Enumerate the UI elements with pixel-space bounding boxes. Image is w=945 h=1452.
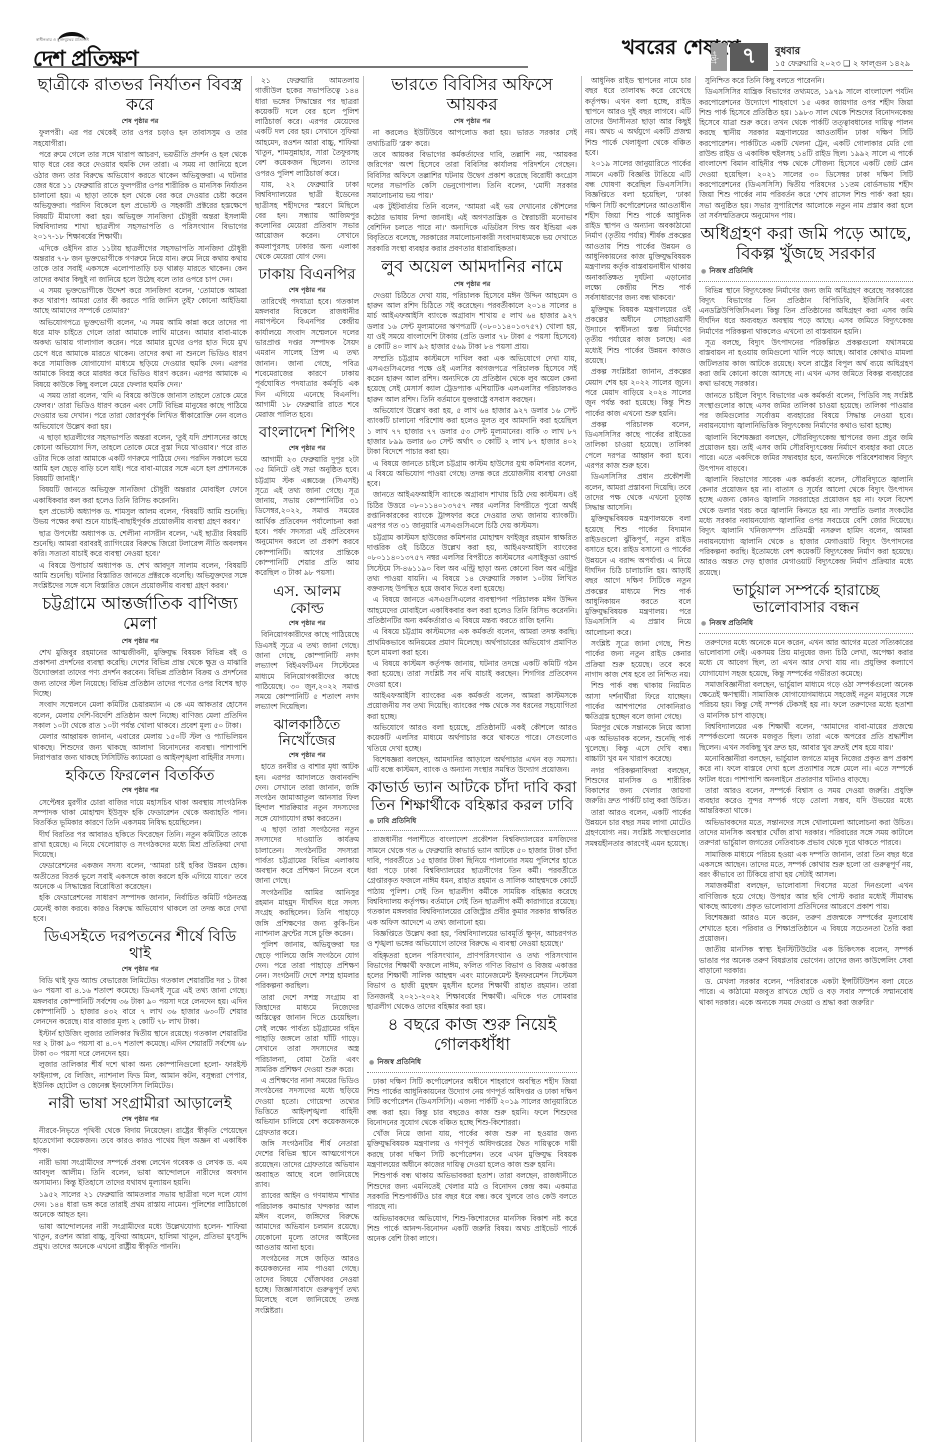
continued-label: শেষ পৃষ্ঠার পর [255, 285, 359, 295]
paragraph: তারা দেশে সশস্ত্র সংগ্রাম বা জিহাদের মাধ… [255, 993, 359, 1075]
paragraph: বিজ্ঞপ্তিতে উল্লেখ করা হয়, 'বিশ্ববিদ্যা… [367, 929, 577, 950]
paragraph: না করলেও ইউটিউবে আপলোড করা হয়। ভারত সরক… [367, 128, 577, 149]
headline-du-expels-students[interactable]: কাভার্ড ভ্যান আটকে চাঁদা দাবি করা তিন শি… [367, 779, 577, 814]
paragraph: ডিএসসিসির যান্ত্রিক বিভাগের তথ্যমতে, ১৯৭… [699, 87, 913, 221]
paragraph: আইএফআইসি ব্যাংকের এক কর্মকর্তা বলেন, আমর… [367, 691, 577, 722]
paragraph: মনোবিজ্ঞানীরা বলছেন, ভার্চুয়াল জগতে মান… [699, 754, 913, 785]
page-label: পৃষ্ঠা [711, 43, 727, 71]
column-e: সুনিশ্চিত করে তিনি কিছু বলতে পারেননি। ডি… [699, 76, 913, 1442]
paragraph: সমাজকর্মীরা বলছেন, ভালোবাসা দিবসের মতো দ… [699, 881, 913, 912]
paragraph: এ বিষয়ে জানতে চাইলে চট্টগ্রাম কাস্টম হা… [367, 459, 577, 490]
paragraph: বিভিন্ন স্থানে বিদ্যুৎকেন্দ্র নির্মাণের … [699, 286, 913, 337]
byline: নিজস্ব প্রতিনিধি [701, 618, 913, 629]
paragraph: ড. মেখলা সরকার বলেন, 'পরিবারকে একটা ইন্স… [699, 977, 913, 1008]
paragraph: সংশ্লিষ্ট সূত্রে জানা গেছে, শিশু পার্কের… [585, 639, 691, 680]
paragraph: জানতে চাইলে বিদ্যুৎ বিভাগের এক কর্মকর্তা… [699, 391, 913, 432]
paragraph: সংবাদ সম্মেলনে মেলা কমিটির চেয়ারম্যান এ… [33, 700, 247, 731]
paragraph: নগর পরিকল্পনাবিদরা বলছেন, শিশুদের মানসিক… [585, 766, 691, 807]
paragraph: তারা আরও বলেন, সম্পর্কে বিশ্বাস ও সময় দ… [699, 786, 913, 817]
continued-label: শেষ পৃষ্ঠার পর [33, 964, 247, 974]
masthead: স্বাধীনতার ও মুক্তিযুদ্ধের প্রতিনিধি দেশ… [0, 0, 945, 72]
headline-dhaka-bnp[interactable]: ঢাকায় বিএনপির [255, 266, 359, 283]
page-number: ৭ [730, 43, 768, 71]
headline-acquired-land[interactable]: অধিগ্রহণ করা জমি পড়ে আছে, বিকল্প খুঁজছে… [699, 225, 913, 264]
paragraph: তবে আয়কর বিভাগের কর্মকর্তাদের দাবি, তল্… [367, 150, 577, 201]
paragraph: খোঁজ নিয়ে জানা যায়, পার্কের কাজ শুরু ন… [367, 1129, 577, 1170]
headline-lube-oil-import[interactable]: লুব অয়েল আমদানির নামে [367, 258, 577, 278]
paragraph: বহিষ্কৃতরা হলেন পরিসংখ্যান, প্রাণপরিসংখ্… [367, 951, 577, 1013]
paragraph: এক টুইটবার্তায় তিনি বলেন, 'আমরা এই ভয় … [367, 202, 577, 253]
paragraph: এ সময় ভুক্তভোগীকে উদ্দেশ করে সানজিদা বল… [33, 286, 247, 317]
column-divider [251, 76, 252, 1442]
paragraph: অভিভাবকদের অভিযোগ, শিশু-কিশোরদের মানসিক … [367, 1214, 577, 1245]
paragraph: সংগঠনটির আমির আনিসুর রহমান মাহমুদ দীর্ঘদ… [255, 888, 359, 939]
paragraph: ডিএসসিসির প্রধান প্রকৌশলী বলেন, আমরা প্র… [585, 472, 691, 513]
paragraph: সম্প্রতি চট্টগ্রাম কাস্টমসে দাখিল করা এক… [367, 354, 577, 405]
paragraph: তরুণদের মধ্যে অনেকে মনে করেন, এখন আর আগে… [699, 638, 913, 679]
byline-divider [699, 633, 913, 634]
paragraph: অভিযোগে উল্লেখ করা হয়, ৫ লাখ ৬৪ হাজার ৯… [367, 406, 577, 457]
byline: নিজস্ব প্রতিনিধি [369, 1057, 577, 1068]
paragraph: মুক্তিযুদ্ধবিষয়ক মন্ত্রণালয়কে বলা হয়ে… [585, 514, 691, 638]
paragraph: মিরপুর থেকে সন্তানকে নিয়ে আসা এক অভিভাব… [585, 723, 691, 764]
paragraph: ছাত্র উপদেষ্টা অধ্যাপক ড. শেলীনা নাসরীন … [33, 529, 247, 560]
continued-label: শেষ পৃষ্ঠার পর [33, 116, 247, 126]
paragraph: এ ছাড়া ছাত্রলীগের সহসভাপতি অন্তরা বলেন,… [33, 433, 247, 484]
paragraph: ১৯৫২ সালের ২১ ফেব্রুয়ারি আমতলার সভায় ছ… [33, 1190, 247, 1221]
paragraph: ২১ ফেব্রুয়ারি আমতলায় গাজীউল হকের সভাপত… [255, 76, 359, 179]
paragraph: এ বিষয়ে চট্টগ্রাম কাস্টমসের এক কর্মকর্ত… [367, 627, 577, 658]
header-rule [33, 66, 528, 68]
byline: ঢাবি প্রতিনিধি [369, 816, 577, 827]
headline-4-years-maze[interactable]: ৪ বছরে কাজ শুরু নিয়েই গোলকধাঁধা [367, 1016, 577, 1055]
paragraph: ইস্টার্ন হাউজিং লুজার তালিকার দ্বিতীয় স… [33, 1029, 247, 1060]
continued-label: শেষ পৃষ্ঠার পর [255, 750, 359, 760]
byline-divider [367, 830, 577, 831]
byline-divider [367, 1072, 577, 1073]
paragraph: ফেডারেশনের একজন সদস্য বলেন, 'আমরা চাই হক… [33, 861, 247, 892]
date-rule [773, 70, 913, 71]
paragraph: এ বিষয়ে কাস্টমস কর্তৃপক্ষ জানায়, ঘটনার… [367, 659, 577, 690]
continued-label: শেষ পৃষ্ঠার পর [367, 116, 577, 126]
paragraph: অভিযোগপত্রে ভুক্তভোগী বলেন, 'এ সময় আমি … [33, 318, 247, 390]
paragraph: শেখ মুজিবুর রহমানের আত্মজীবনী, মুক্তিযুদ… [33, 648, 247, 699]
headline-student-torture[interactable]: ছাত্রীকে রাতভর নির্যাতন বিবস্ত্র করে [33, 76, 247, 115]
column-divider [581, 76, 582, 1442]
paragraph: সংগঠনের সঙ্গে জড়িত আরও কয়েকজনের নাম পা… [255, 1254, 359, 1316]
paragraph: এ সময় তারা বলেন, 'যদি এ বিষয়ে কাউকে জা… [33, 391, 247, 432]
headline-dse-bd-thai[interactable]: ডিএসইতে দরপতনের শীর্ষে বিডি থাই [33, 928, 247, 963]
paragraph: অভিযোগে আরও বলা হয়েছে, প্রতিষ্ঠানটি একই… [367, 723, 577, 754]
paragraph: হাতে রনবীর ও বাশার মৃধা আটক হন। এরপর আদা… [255, 762, 359, 824]
continued-label: শেষ পৃষ্ঠার পর [33, 785, 247, 795]
paragraph: সমাজবিজ্ঞানীরা বলছেন, ভার্চুয়াল মাধ্যমে… [699, 680, 913, 721]
paragraph: আধুনিক রাইড স্থাপনের নামে চার বছর ধরে তা… [585, 76, 691, 158]
byline: নিজস্ব প্রতিনিধি [701, 266, 913, 277]
paragraph: বিডি থাই ফুড অ্যান্ড বেভারেজ লিমিটেড। গত… [33, 976, 247, 1027]
paragraph: জানতে আইএফআইসি ব্যাংকে অগ্রাবাদ শাখায় চ… [367, 490, 577, 531]
paragraph: প্রকল্প পরিচালক বলেন, ডিএসসিসির কাছে পার… [585, 420, 691, 471]
byline-divider [699, 281, 913, 282]
headline-women-language-fighters[interactable]: নারী ভাষা সংগ্রামীরা আড়ালেই [33, 1095, 247, 1112]
paragraph: এ ছাড়া তারা সংগঠনের নতুন সদস্যদের দাওয়… [255, 825, 359, 887]
paragraph: বিশেষজ্ঞরা আরও মনে করেন, তরুণ প্রজন্মকে … [699, 913, 913, 944]
paragraph: মেলার আহ্বায়ক জানান, এবারের মেলায় ১৫০ট… [33, 732, 247, 763]
paragraph: তারা আরও বলেন, একটি পার্কের উন্নয়নে চার… [585, 808, 691, 849]
headline-bbc-india-tax[interactable]: ভারতে বিবিসির অফিসে আয়কর [367, 76, 577, 115]
paragraph: মুক্তিযুদ্ধ বিষয়ক মন্ত্রণালয়ের ওই প্রক… [585, 305, 691, 367]
paragraph: চট্টগ্রাম কাস্টমস হাউজের কমিশনার মোহাম্ম… [367, 533, 577, 595]
paragraph: দেওয়া চিঠিতে দেখা যায়, পরিচালক হিসেবে … [367, 291, 577, 353]
paragraph: তারিখেই পদযাত্রা হবে। গতকাল মঙ্গলবার বিক… [255, 297, 359, 421]
paragraph: শিশুপার্ক বন্ধ থাকায় অভিভাবকরা হতাশ। তা… [367, 1171, 577, 1212]
continued-label: শেষ পৃষ্ঠার পর [255, 443, 359, 453]
paragraph: প্রকল্প সংশ্লিষ্টরা জানান, প্রকল্পের মেয… [585, 367, 691, 418]
continued-label: শেষ পৃষ্ঠার পর [33, 636, 247, 646]
paragraph: র‌্যাবের আইন ও গণমাধ্যম শাখার পরিচালক কম… [255, 1191, 359, 1253]
paragraph: জ্বালানি বিশেষজ্ঞরা বলছেন, সৌরবিদ্যুৎকেন… [699, 433, 913, 474]
paragraph: সুনিশ্চিত করে তিনি কিছু বলতে পারেননি। [699, 76, 913, 86]
headline-hockey[interactable]: হকিতে ফিরলেন বিতর্কিত [33, 767, 247, 784]
headline-bangladesh-shipping[interactable]: বাংলাদেশ শিপিং [255, 424, 359, 441]
paragraph: জঙ্গি সংগঠনটির শীর্ষ নেতারা দেশের বিভিন্… [255, 1139, 359, 1190]
continued-label: শেষ পৃষ্ঠার পর [33, 1114, 247, 1124]
paragraph: পুলিশ জানায়, অভিযুক্তরা ঘর ছেড়ে পালিয়… [255, 940, 359, 991]
headline-s-alam-cold[interactable]: এস. আলম কোল্ড [255, 583, 359, 618]
headline-ctg-trade-fair[interactable]: চট্টগ্রামে আন্তর্জাতিক বাণিজ্য মেলা [33, 595, 247, 634]
paragraph: পরে রুমে গেলে তার সঙ্গে খারাপ আচরণ, ভয়ভ… [33, 150, 247, 243]
paragraph: সামাজিক মাধ্যমে পরিচয় হওয়া এক দম্পতি জ… [699, 850, 913, 881]
paragraph: এদিকে ওইদিন রাত ১১টায় ছাত্রলীগের সহসভাপ… [33, 244, 247, 285]
continued-label: শেষ পৃষ্ঠার পর [255, 618, 359, 628]
paragraph: অভিভাবকদের মতে, সন্তানদের সঙ্গে খোলামেলা… [699, 818, 913, 849]
paragraph: লুজার তালিকার শীর্ষ দশে থাকা অন্য কোম্পা… [33, 1060, 247, 1091]
continued-label: শেষ পৃষ্ঠার পর [367, 279, 577, 289]
paragraph: জ্বালানি বিভাগের সাবেক এক কর্মকর্তা বলেন… [699, 475, 913, 578]
paragraph: রাজধানীর পলাশীতে বাংলাদেশ প্রকৌশল বিশ্বব… [367, 835, 577, 928]
paragraph: সেপ্টেম্বর মুরগীর চোরা বাজির দায়ে মহাসচ… [33, 798, 247, 829]
paragraph: ঢাকা দক্ষিণ সিটি কর্পোরেশনের অধীনে শাহবা… [367, 1077, 577, 1128]
paragraph: নীরবে-নিভৃতে পৃথিবী থেকে বিদায় নিয়েছেন… [33, 1126, 247, 1157]
column-a: ছাত্রীকে রাতভর নির্যাতন বিবস্ত্র করে শেষ… [33, 72, 247, 1442]
paragraph: জাতীয় মানসিক স্বাস্থ্য ইনস্টিটিউটের এক … [699, 945, 913, 976]
column-c: ভারতে বিবিসির অফিসে আয়কর শেষ পৃষ্ঠার পর… [367, 72, 577, 1442]
column-divider [695, 76, 696, 1442]
paragraph: শিশু পার্ক বন্ধ থাকায় নিয়মিত আসা দর্শন… [585, 681, 691, 722]
paragraph: হল প্রভোস্ট অধ্যাপক ড. শামসুল আলম বলেন, … [33, 507, 247, 528]
paragraph: ফুলপরী। এর পর থেকেই তার ওপর চড়াও হন তাব… [33, 128, 247, 149]
paragraph: সূত্র বলছে, বিদ্যুৎ উৎপাদনের পরিকল্পিত প… [699, 338, 913, 389]
column-b: ২১ ফেব্রুয়ারি আমতলায় গাজীউল হকের সভাপত… [255, 76, 359, 1442]
paragraph: নারী ভাষা সংগ্রামীদের সম্পর্কে প্রবন্ধ ল… [33, 1158, 247, 1189]
paragraph: বিনিয়োগকারীদের কাছে পাঠিয়েছে ডিএসই সূত… [255, 630, 359, 712]
paragraph: ২০১৯ সালের জানুয়ারিতে পার্কের সামনে একট… [585, 159, 691, 303]
paragraph: এ বিষয়ে জানতে এসএগুসিএলের ব্যবস্থাপনা প… [367, 595, 577, 626]
paragraph: এ বিষয়ে উপাচার্য অধ্যাপক ড. শেখ আবদুস স… [33, 561, 247, 592]
column-divider [363, 76, 364, 1442]
column-d: আধুনিক রাইড স্থাপনের নামে চার বছর ধরে তা… [585, 76, 691, 1442]
paragraph: বিষয়টি জানতে অভিযুক্ত সানজিদা চৌধুরী অন… [33, 485, 247, 506]
headline-virtual-relationships[interactable]: ভার্চুয়াল সম্পর্কে হারাচ্ছে ভালোবাসার ব… [699, 582, 913, 617]
headline-jhalokathi-missing[interactable]: ঝালকাঠিতে নিখোঁজের [255, 717, 359, 749]
paragraph: বিশ্ববিদ্যালয়ের এক শিক্ষার্থী বলেন, 'আম… [699, 722, 913, 753]
paragraph: আগামী ২৩ ফেব্রুয়ারি দুপুর ২টা ৩৫ মিনিটে… [255, 455, 359, 579]
paragraph: হকি ফেডারেশনের সাধারণ সম্পাদক জানান, নির… [33, 893, 247, 924]
paragraph: যায়, ২২ ফেব্রুয়ারি ঢাকা বিশ্ববিদ্যালয়… [255, 180, 359, 262]
paragraph: বিশেষজ্ঞরা বলছেন, আমদানির আড়ালে অর্থপাচ… [367, 755, 577, 776]
paragraph: এ প্রশিক্ষণের নানা সময়ের ভিডিও সংগঠনের … [255, 1076, 359, 1138]
paragraph: ভাষা আন্দোলনের নারী সংগ্রামীদের মধ্যে উল… [33, 1222, 247, 1253]
paragraph: দীর্ঘ বিরতির পর আবারও হকিতে ফিরেছেন তিনি… [33, 830, 247, 861]
